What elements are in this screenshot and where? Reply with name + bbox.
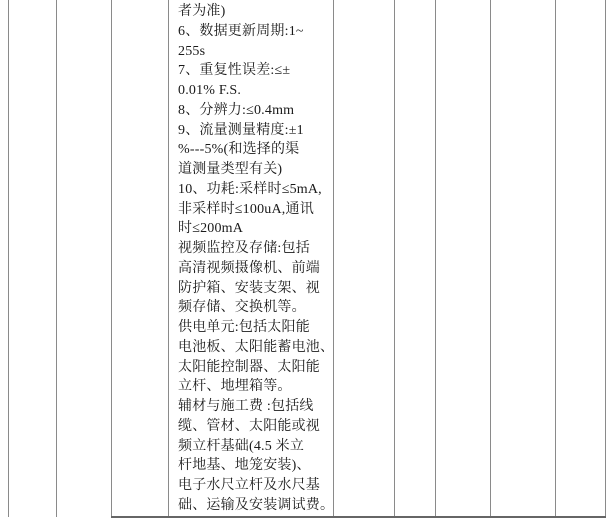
spec-text-line: 8、分辨力:≤0.4mm <box>178 101 341 121</box>
spec-text-line: 者为准) <box>178 2 341 22</box>
document-table-view: 者为准) 6、数据更新周期:1~ 255s 7、重复性误差:≤± 0.01% F… <box>0 0 613 525</box>
spec-text-line: 供电单元:包括太阳能 <box>178 318 341 338</box>
table-border-vertical-10 <box>605 0 606 517</box>
spec-text-line: 立杆、地埋箱等。 <box>178 377 341 397</box>
spec-text-line: 7、重复性误差:≤± <box>178 61 341 81</box>
spec-text-line: 时≤200mA <box>178 219 341 239</box>
spec-text-line: 缆、管材、太阳能或视 <box>178 417 341 437</box>
table-cell-empty-col3 <box>112 0 168 516</box>
spec-text-line: 255s <box>178 42 341 62</box>
spec-text-line: 频存储、交换机等。 <box>178 298 341 318</box>
spec-text-line: 太阳能控制器、太阳能 <box>178 358 341 378</box>
spec-text-line: 高清视频摄像机、前端 <box>178 259 341 279</box>
spec-text-line: 电子水尺立杆及水尺基 <box>178 476 341 496</box>
spec-text-line: 非采样时≤100uA,通讯 <box>178 200 341 220</box>
spec-text-line: 辅材与施工费 :包括线 <box>178 397 341 417</box>
spec-text-line: 频立杆基础(4.5 米立 <box>178 437 341 457</box>
spec-text-line: 视频监控及存储:包括 <box>178 239 341 259</box>
table-cell-empty-col8 <box>491 0 555 516</box>
table-cell-empty-col1 <box>9 0 56 516</box>
table-cell-empty-col5 <box>334 0 394 516</box>
spec-text-line: 9、流量测量精度:±1 <box>178 121 341 141</box>
spec-text-line: 础、运输及安装调试费。 <box>178 496 341 516</box>
spec-text-line: 0.01% F.S. <box>178 81 341 101</box>
spec-text-line: 杆地基、地笼安装)、 <box>178 456 341 476</box>
table-cell-empty-col2 <box>57 0 111 516</box>
spec-text-cell: 者为准) 6、数据更新周期:1~ 255s 7、重复性误差:≤± 0.01% F… <box>169 0 341 518</box>
spec-text-line: %---5%(和选择的渠 <box>178 140 341 160</box>
spec-text-line: 电池板、太阳能蓄电池、 <box>178 338 341 358</box>
spec-text-line: 10、功耗:采样时≤5mA, <box>178 180 341 200</box>
spec-text-line: 6、数据更新周期:1~ <box>178 22 341 42</box>
spec-text-line: 防护箱、安装支架、视 <box>178 279 341 299</box>
spec-text-line: 道测量类型有关) <box>178 160 341 180</box>
table-cell-empty-col6 <box>395 0 435 516</box>
table-cell-empty-col7 <box>436 0 490 516</box>
table-cell-empty-col9 <box>556 0 605 516</box>
